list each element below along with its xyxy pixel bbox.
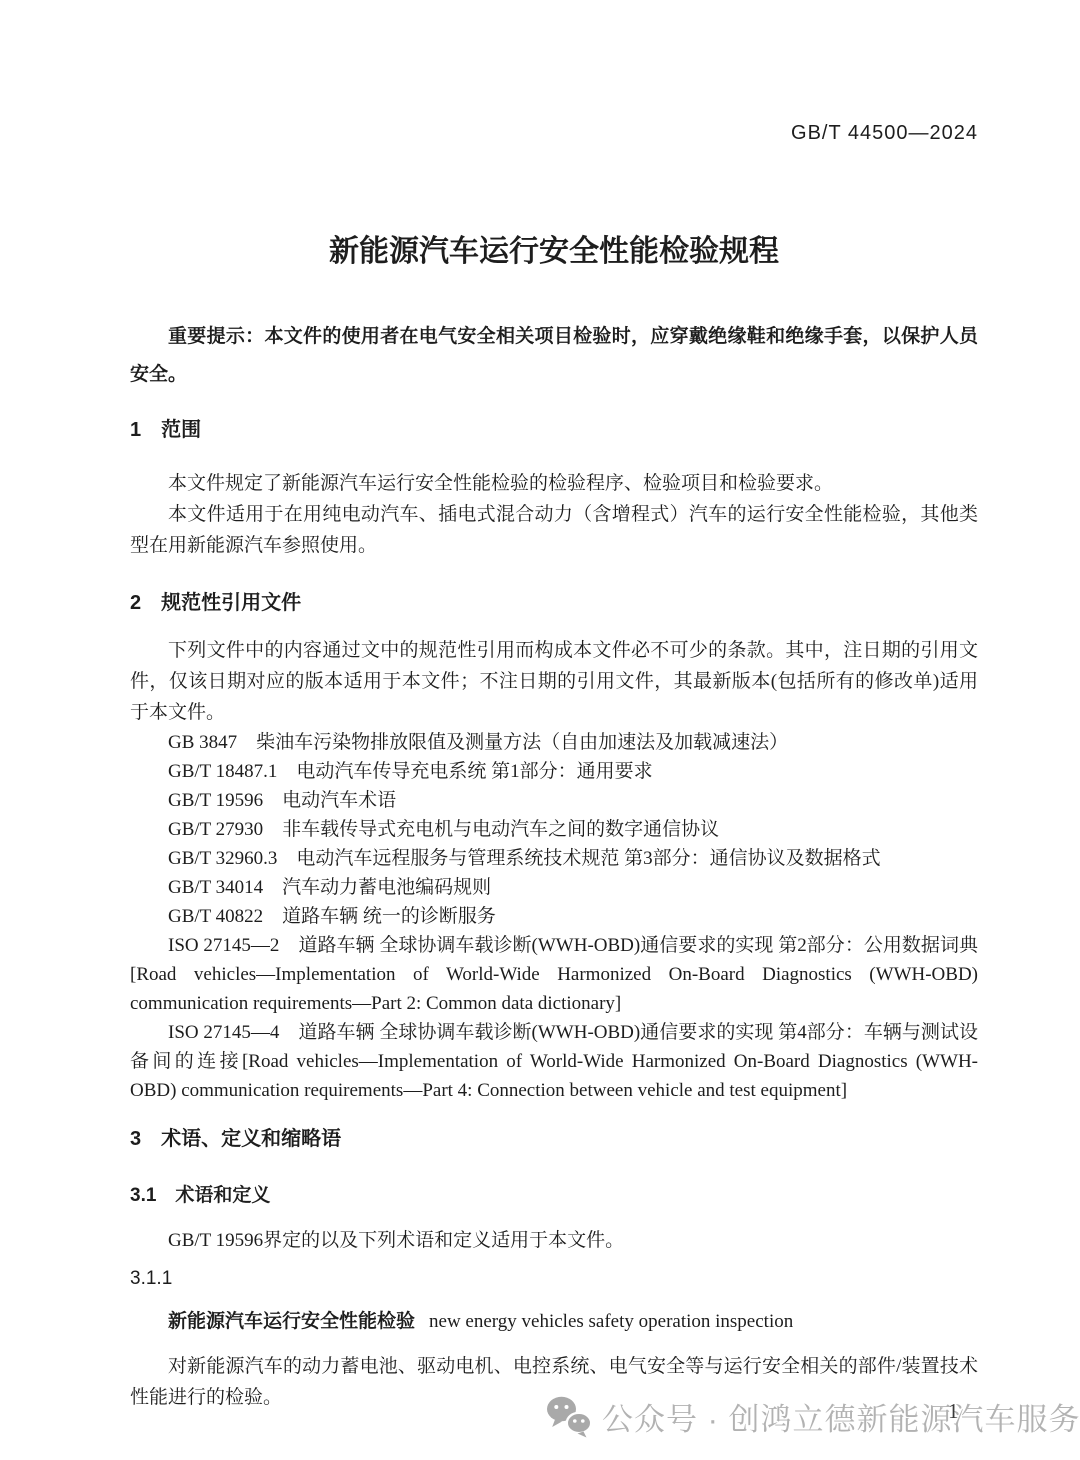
clause-3-1-1-number: 3.1.1 <box>130 1266 978 1292</box>
reference-item-gbt19596: GB/T 19596 电动汽车术语 <box>130 786 978 815</box>
reference-item-iso27145-2: ISO 27145—2 道路车辆 全球协调车载诊断(WWH-OBD)通信要求的实… <box>130 931 978 1018</box>
wechat-watermark: 公众号 · 创鸿立德新能源汽车服务 <box>546 1396 1080 1443</box>
section-1-paragraph-2: 本文件适用于在用纯电动汽车、插电式混合动力（含增程式）汽车的运行安全性能检验，其… <box>130 499 978 561</box>
term-chinese: 新能源汽车运行安全性能检验 <box>168 1311 415 1332</box>
section-1-paragraph-1: 本文件规定了新能源汽车运行安全性能检验的检验程序、检验项目和检验要求。 <box>130 468 978 499</box>
section-2-heading: 2 规范性引用文件 <box>130 589 978 617</box>
page-content: GB/T 44500—2024 新能源汽车运行安全性能检验规程 重要提示：本文件… <box>0 120 1080 1413</box>
term-definition-line: 新能源汽车运行安全性能检验new energy vehicles safety … <box>130 1307 978 1337</box>
section-1-heading: 1 范围 <box>130 416 978 444</box>
watermark-text: 公众号 · 创鸿立德新能源汽车服务 <box>602 1399 1080 1441</box>
reference-item-gbt27930: GB/T 27930 非车载传导式充电机与电动汽车之间的数字通信协议 <box>130 815 978 844</box>
important-notice: 重要提示：本文件的使用者在电气安全相关项目检验时，应穿戴绝缘鞋和绝缘手套，以保护… <box>130 318 978 394</box>
reference-item-gb3847: GB 3847 柴油车污染物排放限值及测量方法（自由加速法及加载减速法） <box>130 728 978 757</box>
standard-number: GB/T 44500—2024 <box>130 120 978 146</box>
term-english: new energy vehicles safety operation ins… <box>429 1311 793 1332</box>
reference-item-iso27145-4: ISO 27145—4 道路车辆 全球协调车载诊断(WWH-OBD)通信要求的实… <box>130 1018 978 1105</box>
wechat-icon <box>546 1396 592 1443</box>
page-number: 1 <box>948 1398 959 1424</box>
section-3-1-intro: GB/T 19596界定的以及下列术语和定义适用于本文件。 <box>130 1225 978 1256</box>
section-3-1-heading: 3.1 术语和定义 <box>130 1182 978 1210</box>
document-title: 新能源汽车运行安全性能检验规程 <box>130 230 978 274</box>
section-2-intro: 下列文件中的内容通过文中的规范性引用而构成本文件必不可少的条款。其中，注日期的引… <box>130 635 978 728</box>
section-3-heading: 3 术语、定义和缩略语 <box>130 1125 978 1153</box>
normative-references-list: GB 3847 柴油车污染物排放限值及测量方法（自由加速法及加载减速法） GB/… <box>130 728 978 1105</box>
reference-item-gbt34014: GB/T 34014 汽车动力蓄电池编码规则 <box>130 873 978 902</box>
document-page: GB/T 44500—2024 新能源汽车运行安全性能检验规程 重要提示：本文件… <box>0 0 1080 1460</box>
reference-item-gbt32960-3: GB/T 32960.3 电动汽车远程服务与管理系统技术规范 第3部分：通信协议… <box>130 844 978 873</box>
reference-item-gbt40822: GB/T 40822 道路车辆 统一的诊断服务 <box>130 902 978 931</box>
reference-item-gbt18487-1: GB/T 18487.1 电动汽车传导充电系统 第1部分：通用要求 <box>130 757 978 786</box>
